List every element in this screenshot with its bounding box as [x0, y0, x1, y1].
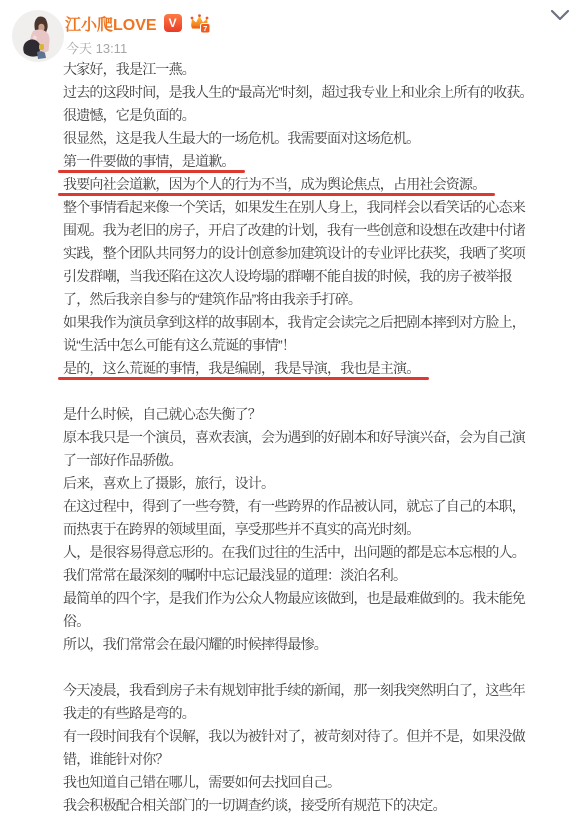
post-text-line: 了一部好作品骄傲。 — [63, 449, 568, 472]
post-text-line: 整个事情看起来像一个笑话，如果发生在别人身上，我同样会以看笑话的心态来 — [63, 196, 568, 219]
post-timestamp: 今天 13:11 — [66, 38, 127, 57]
red-underline-annotation: 我要向社会道歉，因为个人的行为不当，成为舆论焦点，占用社会资源。 — [63, 176, 485, 192]
post-text-line: 了，然后我亲自参与的“建筑作品”将由我亲手打碎。 — [63, 288, 568, 311]
weibo-post: { "header": { "username": "江小爬LOVE", "us… — [0, 0, 584, 818]
post-text-line: 俗。 — [63, 610, 568, 633]
post-text-line: 而热衷于在跨界的领域里面，享受那些并不真实的高光时刻。 — [63, 518, 568, 541]
post-text-line: 引发群嘲，当我还陷在这次人设垮塌的群嘲不能自拔的时候，我的房子被举报 — [63, 265, 568, 288]
post-text-line: 今天凌晨，我看到房子未有规划审批手续的新闻，那一刻我突然明白了，这些年 — [63, 679, 568, 702]
crown-icon[interactable]: 7 — [189, 13, 211, 34]
post-text-line: 所以，我们常常会在最闪耀的时候摔得最惨。 — [63, 633, 568, 656]
post-text-line: 在这过程中，得到了一些夸赞，有一些跨界的作品被认同，就忘了自己的本职， — [63, 495, 568, 518]
chevron-down-icon[interactable] — [549, 8, 571, 24]
post-text-line: 我要向社会道歉，因为个人的行为不当，成为舆论焦点，占用社会资源。 — [63, 173, 568, 196]
svg-text:7: 7 — [203, 24, 207, 33]
avatar[interactable] — [12, 10, 64, 62]
post-header: 江小爬LOVE V 7 — [65, 12, 211, 34]
post-text-line: 原本我只是一个演员，喜欢表演，会为遇到的好剧本和好导演兴奋，会为自己演 — [63, 426, 568, 449]
post-text-line: 后来，喜欢上了摄影，旅行，设计。 — [63, 472, 568, 495]
post-text-line: 过去的这段时间，是我人生的“最高光”时刻，超过我专业上和业余上所有的收获。 — [63, 81, 568, 104]
post-text-line: 有一段时间我有个误解，我以为被针对了，被苛刻对待了。但并不是，如果没做 — [63, 725, 568, 748]
username-link[interactable]: 江小爬LOVE — [65, 12, 157, 35]
post-text-line: 最简单的四个字，是我们作为公众人物最应该做到，也是最难做到的。我未能免 — [63, 587, 568, 610]
user-photo-icon — [13, 50, 64, 62]
red-underline-annotation: 第一件要做的事情，是道歉。 — [63, 153, 235, 169]
post-text-line: 我也知道自己错在哪儿，需要如何去找回自己。 — [63, 771, 568, 794]
red-underline-annotation: 是的，这么荒诞的事情，我是编剧，我是导演，我也是主演。 — [63, 360, 419, 376]
post-text-line: 我们常常在最深刻的嘱咐中忘记最浅显的道理：淡泊名利。 — [63, 564, 568, 587]
post-text-line: 人，是很容易得意忘形的。在我们过往的生活中，出问题的都是忘本忘根的人。 — [63, 541, 568, 564]
post-text-line: 大家好，我是江一燕。 — [63, 58, 568, 81]
post-text-line: 我会积极配合相关部门的一切调查约谈，接受所有规范下的决定。 — [63, 794, 568, 817]
post-text-line: 说“生活中怎么可能有这么荒诞的事情”！ — [63, 334, 568, 357]
post-text-line: 错，谁能针对你？ — [63, 748, 568, 771]
post-text: 大家好，我是江一燕。过去的这段时间，是我人生的“最高光”时刻，超过我专业上和业余… — [63, 58, 568, 817]
verified-v-icon[interactable]: V — [164, 14, 182, 32]
post-text-line: 很遗憾，它是负面的。 — [63, 104, 568, 127]
post-text-line: 很显然，这是我人生最大的一场危机。我需要面对这场危机。 — [63, 127, 568, 150]
post-text-line: 如果我作为演员拿到这样的故事剧本，我肯定会读完之后把剧本摔到对方脸上， — [63, 311, 568, 334]
post-text-line: 我走的有些路是弯的。 — [63, 702, 568, 725]
paragraph-gap — [63, 656, 568, 679]
post-text-line: 实践，整个团队共同努力的设计创意参加建筑设计的专业评比获奖，我晒了奖项 — [63, 242, 568, 265]
post-text-line: 是什么时候，自己就心态失衡了？ — [63, 403, 568, 426]
post-text-line: 是的，这么荒诞的事情，我是编剧，我是导演，我也是主演。 — [63, 357, 568, 380]
post-text-line: 第一件要做的事情，是道歉。 — [63, 150, 568, 173]
post-text-line: 围观。我为老旧的房子，开启了改建的计划，我有一些创意和设想在改建中付诸 — [63, 219, 568, 242]
paragraph-gap — [63, 380, 568, 403]
